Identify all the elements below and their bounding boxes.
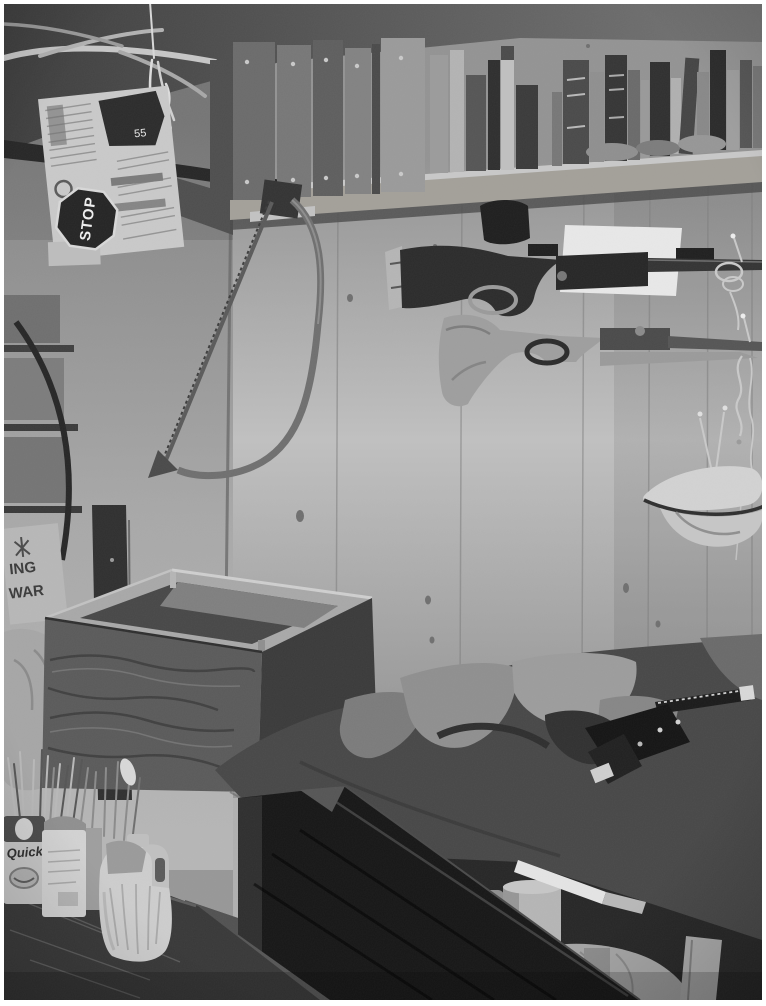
photo-content: ING WAR [0,2,766,1000]
photo-frame: ING WAR [0,0,766,1006]
cabin-photograph: ING WAR [0,0,766,1006]
vignette [4,4,762,1000]
